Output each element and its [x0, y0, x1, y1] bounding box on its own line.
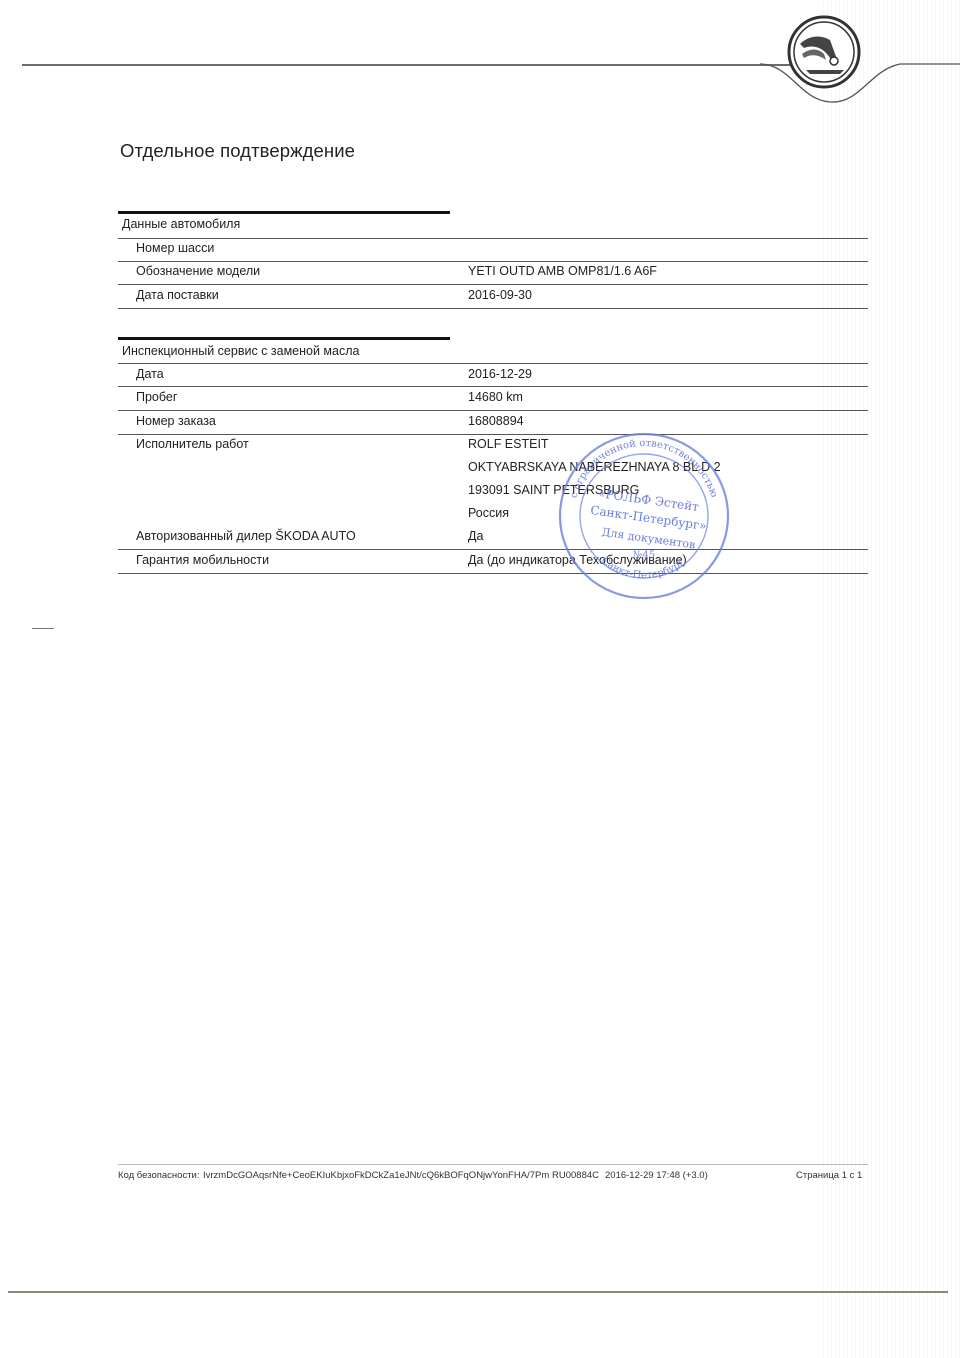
footer-rule	[118, 1164, 868, 1165]
label-service-date: Дата	[136, 367, 164, 381]
row-rule	[118, 363, 868, 364]
label-order-number: Номер заказа	[136, 414, 216, 428]
label-authorized-dealer: Авторизованный дилер ŠKODA AUTO	[136, 529, 356, 543]
row-rule	[118, 284, 868, 285]
value-service-date: 2016-12-29	[468, 367, 532, 381]
value-provider-city: 193091 SAINT PETERSBURG	[468, 483, 639, 497]
fold-mark	[32, 628, 54, 629]
document-timestamp: 2016-12-29 17:48 (+3.0)	[605, 1170, 708, 1181]
stamp-line2: Санкт-Петербург»	[590, 503, 708, 533]
section-heading-service: Инспекционный сервис с заменой масла	[122, 344, 359, 358]
row-rule	[118, 434, 868, 435]
dealer-code: RU00884C	[552, 1170, 599, 1181]
value-provider-street: OKTYABRSKAYA NABEREZHNAYA 8 BL D 2	[468, 460, 721, 474]
page-number: Страница 1 с 1	[796, 1170, 862, 1181]
label-chassis-number: Номер шасси	[136, 241, 214, 255]
row-rule	[118, 308, 868, 309]
value-mileage: 14680 km	[468, 390, 523, 404]
stamp-line3: Для документов	[601, 526, 696, 552]
dealer-stamp: с ограниченной ответственностью Санкт-Пе…	[556, 430, 732, 602]
header-rule	[22, 64, 802, 66]
label-mileage: Пробег	[136, 390, 177, 404]
row-rule	[118, 410, 868, 411]
value-provider-country: Россия	[468, 506, 509, 520]
value-delivery-date: 2016-09-30	[468, 288, 532, 302]
security-code: IvrzmDcGOAqsrNfe+CeoEKIuKbjxoFkDCkZa1eJN…	[203, 1170, 549, 1181]
row-rule	[118, 549, 868, 550]
value-provider-name: ROLF ESTEIT	[468, 437, 549, 451]
value-authorized-dealer: Да	[468, 529, 483, 543]
value-mobility-guarantee: Да (до индикатора Техобслуживание)	[468, 553, 687, 567]
section-divider	[118, 337, 450, 340]
scan-noise	[820, 0, 960, 1358]
section-divider	[118, 211, 450, 214]
value-model-designation: YETI OUTD AMB OMP81/1.6 A6F	[468, 264, 657, 278]
label-delivery-date: Дата поставки	[136, 288, 219, 302]
page-title: Отдельное подтверждение	[120, 140, 355, 162]
label-model-designation: Обозначение модели	[136, 264, 260, 278]
row-rule	[118, 573, 868, 574]
bottom-rule	[8, 1291, 948, 1293]
row-rule	[118, 261, 868, 262]
value-order-number: 16808894	[468, 414, 524, 428]
skoda-logo-icon	[786, 14, 862, 90]
security-code-label: Код безопасности:	[118, 1170, 200, 1181]
section-heading-vehicle: Данные автомобиля	[122, 217, 240, 231]
row-rule	[118, 238, 868, 239]
row-rule	[118, 386, 868, 387]
label-mobility-guarantee: Гарантия мобильности	[136, 553, 269, 567]
label-service-provider: Исполнитель работ	[136, 437, 249, 451]
